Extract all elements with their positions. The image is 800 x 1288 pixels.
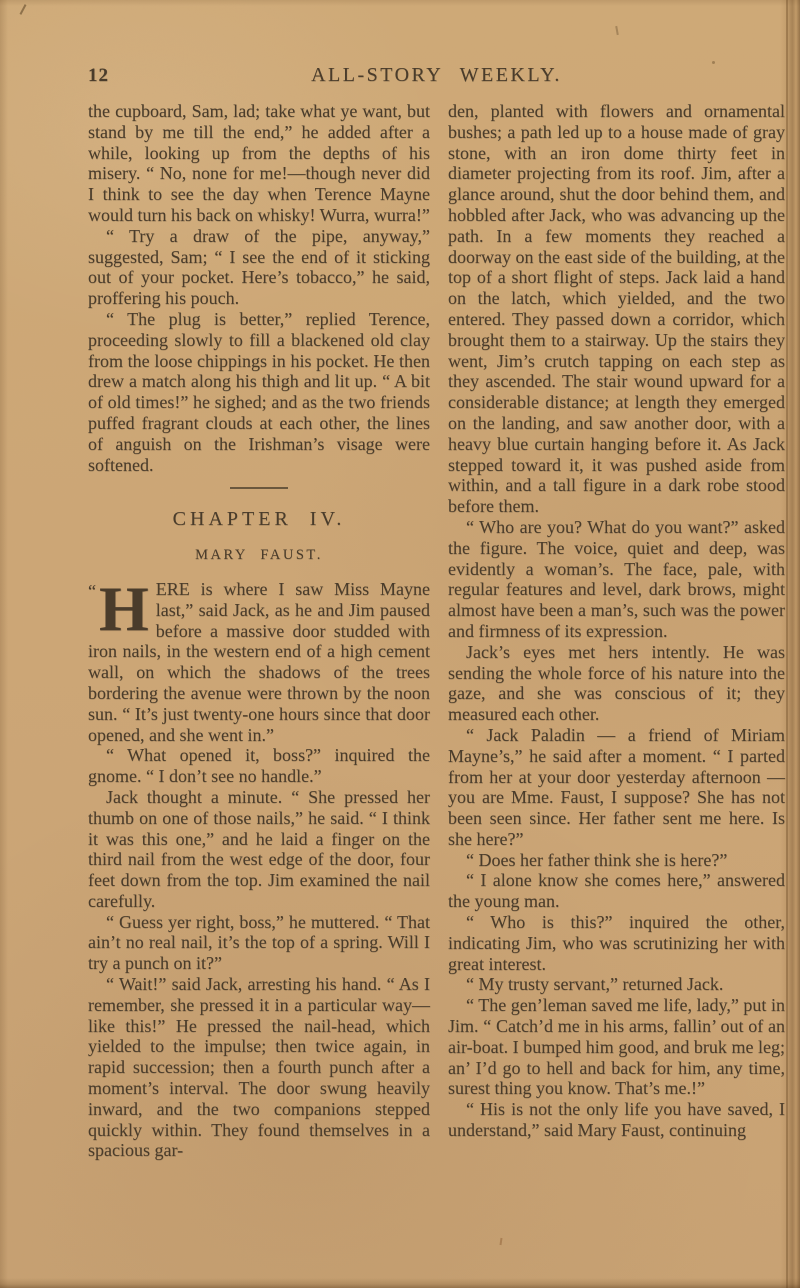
magazine-page: 12 ALL-STORY WEEKLY. the cupboard, Sam, … [0,0,800,1288]
scan-artifact [615,26,619,35]
page-header: 12 ALL-STORY WEEKLY. [88,64,785,90]
paragraph: Jack’s eyes met hers intently. He was se… [448,642,785,725]
paragraph: “ Try a draw of the pipe, anyway,” sugge… [88,226,430,309]
scan-artifact [500,1238,503,1245]
left-column-top-paragraphs: the cupboard, Sam, lad; take what ye wan… [88,101,430,475]
paragraph: den, planted with flowers and ornamental… [448,101,785,517]
right-column-paragraphs: den, planted with flowers and ornamental… [448,101,785,1141]
drop-cap: “H [88,582,149,636]
page-edge-right [780,0,800,1288]
left-column-bottom-paragraphs: “ What opened it, boss?” inquired the gn… [88,745,430,1161]
right-column: den, planted with flowers and ornamental… [448,101,785,1161]
paragraph: “ Guess yer right, boss,” he muttered. “… [88,912,430,974]
left-column: the cupboard, Sam, lad; take what ye wan… [88,101,430,1161]
drop-cap-letter: H [99,582,149,636]
page-edge-top [0,0,800,6]
magazine-title: ALL-STORY WEEKLY. [88,64,785,87]
paragraph: “ Wait!” said Jack, arresting his hand. … [88,974,430,1161]
page-edge-right-line [786,0,788,1288]
paragraph: “ Jack Paladin — a friend of Miriam Mayn… [448,725,785,850]
paragraph: “ I alone know she comes here,” answered… [448,870,785,912]
section-divider [230,487,288,489]
paragraph: “ The gen’leman saved me life, lady,” pu… [448,995,785,1099]
chapter-heading: CHAPTER IV. [88,509,430,530]
page-edge-bottom [0,1278,800,1288]
paragraph: “ Who are you? What do you want?” asked … [448,517,785,642]
paragraph: “ The plug is better,” replied Terence, … [88,309,430,475]
chapter-subtitle: MARY FAUST. [88,545,430,566]
drop-cap-open-quote: “ [88,582,96,600]
paragraph: “ My trusty servant,” returned Jack. [448,974,785,995]
paragraph: Jack thought a minute. “ She pressed her… [88,787,430,912]
paragraph: the cupboard, Sam, lad; take what ye wan… [88,101,430,226]
paragraph: “ What opened it, boss?” inquired the gn… [88,745,430,787]
drop-cap-paragraph: “HERE is where I saw Miss Mayne last,” s… [88,579,430,745]
text-columns: the cupboard, Sam, lad; take what ye wan… [88,101,785,1161]
page-edge-left [0,0,8,1288]
paragraph: “ Does her father think she is here?” [448,850,785,871]
paragraph: “ His is not the only life you have save… [448,1099,785,1141]
paragraph: “ Who is this?” inquired the other, indi… [448,912,785,974]
